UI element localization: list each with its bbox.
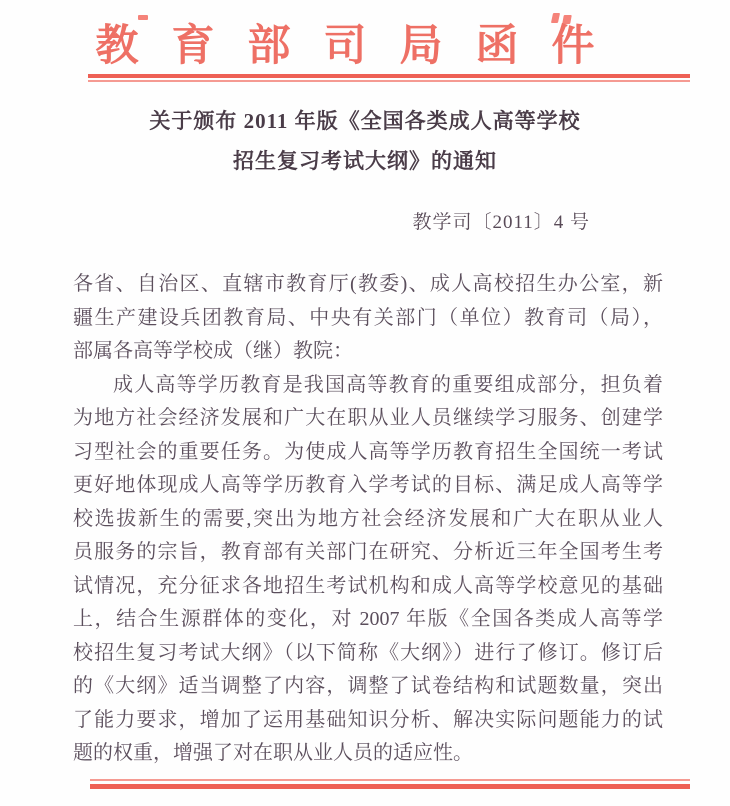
footer-divider xyxy=(90,779,690,789)
body-line: 成人高等学历教育是我国高等教育的重要组成部分，担负着 xyxy=(73,369,663,403)
body-line: 上，结合生源群体的变化，对 2007 年版《全国各类成人高等学 xyxy=(73,603,663,637)
notice-title-line-1: 关于颁布 2011 年版《全国各类成人高等学校 xyxy=(0,101,730,141)
letterhead-title: 教育部司局函件 xyxy=(0,12,710,73)
footer-divider-thick-line xyxy=(90,784,690,789)
notice-title-line-2: 招生复习考试大纲》的通知 xyxy=(0,141,730,181)
letterhead-divider-thin-line xyxy=(88,80,690,82)
notice-title: 关于颁布 2011 年版《全国各类成人高等学校 招生复习考试大纲》的通知 xyxy=(0,101,730,181)
scanned-official-letter: 教育部司局函件 关于颁布 2011 年版《全国各类成人高等学校 招生复习考试大纲… xyxy=(0,0,730,806)
letterhead-divider-thick-line xyxy=(88,74,690,78)
body-line: 了能力要求，增加了运用基础知识分析、解决实际问题能力的试 xyxy=(73,704,663,738)
body-line: 更好地体现成人高等学历教育入学考试的目标、满足成人高等学 xyxy=(73,469,663,503)
body-line: 试情况，充分征求各地招生考试机构和成人高等学校意见的基础 xyxy=(73,570,663,604)
body-line: 校招生复习考试大纲》（以下简称《大纲》）进行了修订。修订后 xyxy=(73,637,663,671)
body-line: 题的权重，增强了对在职从业人员的适应性。 xyxy=(73,737,663,771)
letterhead-divider xyxy=(88,74,690,82)
salutation-line: 疆生产建设兵团教育局、中央有关部门（单位）教育司（局）， xyxy=(73,302,663,336)
salutation-line: 各省、自治区、直辖市教育厅(教委)、成人高校招生办公室，新 xyxy=(73,268,663,302)
footer-divider-thin-line xyxy=(90,779,690,781)
body-line: 员服务的宗旨，教育部有关部门在研究、分析近三年全国考生考 xyxy=(73,536,663,570)
body-line: 为地方社会经济发展和广大在职从业人员继续学习服务、创建学 xyxy=(73,402,663,436)
letter-body: 各省、自治区、直辖市教育厅(教委)、成人高校招生办公室，新 疆生产建设兵团教育局… xyxy=(73,268,663,771)
body-line: 习型社会的重要任务。为使成人高等学历教育招生全国统一考试 xyxy=(73,436,663,470)
body-line: 校选拔新生的需要,突出为地方社会经济发展和广大在职从业人 xyxy=(73,503,663,537)
document-number: 教学司〔2011〕4 号 xyxy=(412,207,590,234)
salutation-line: 部属各高等学校成（继）教院： xyxy=(73,335,663,369)
body-line: 的《大纲》适当调整了内容，调整了试卷结构和试题数量，突出 xyxy=(73,670,663,704)
